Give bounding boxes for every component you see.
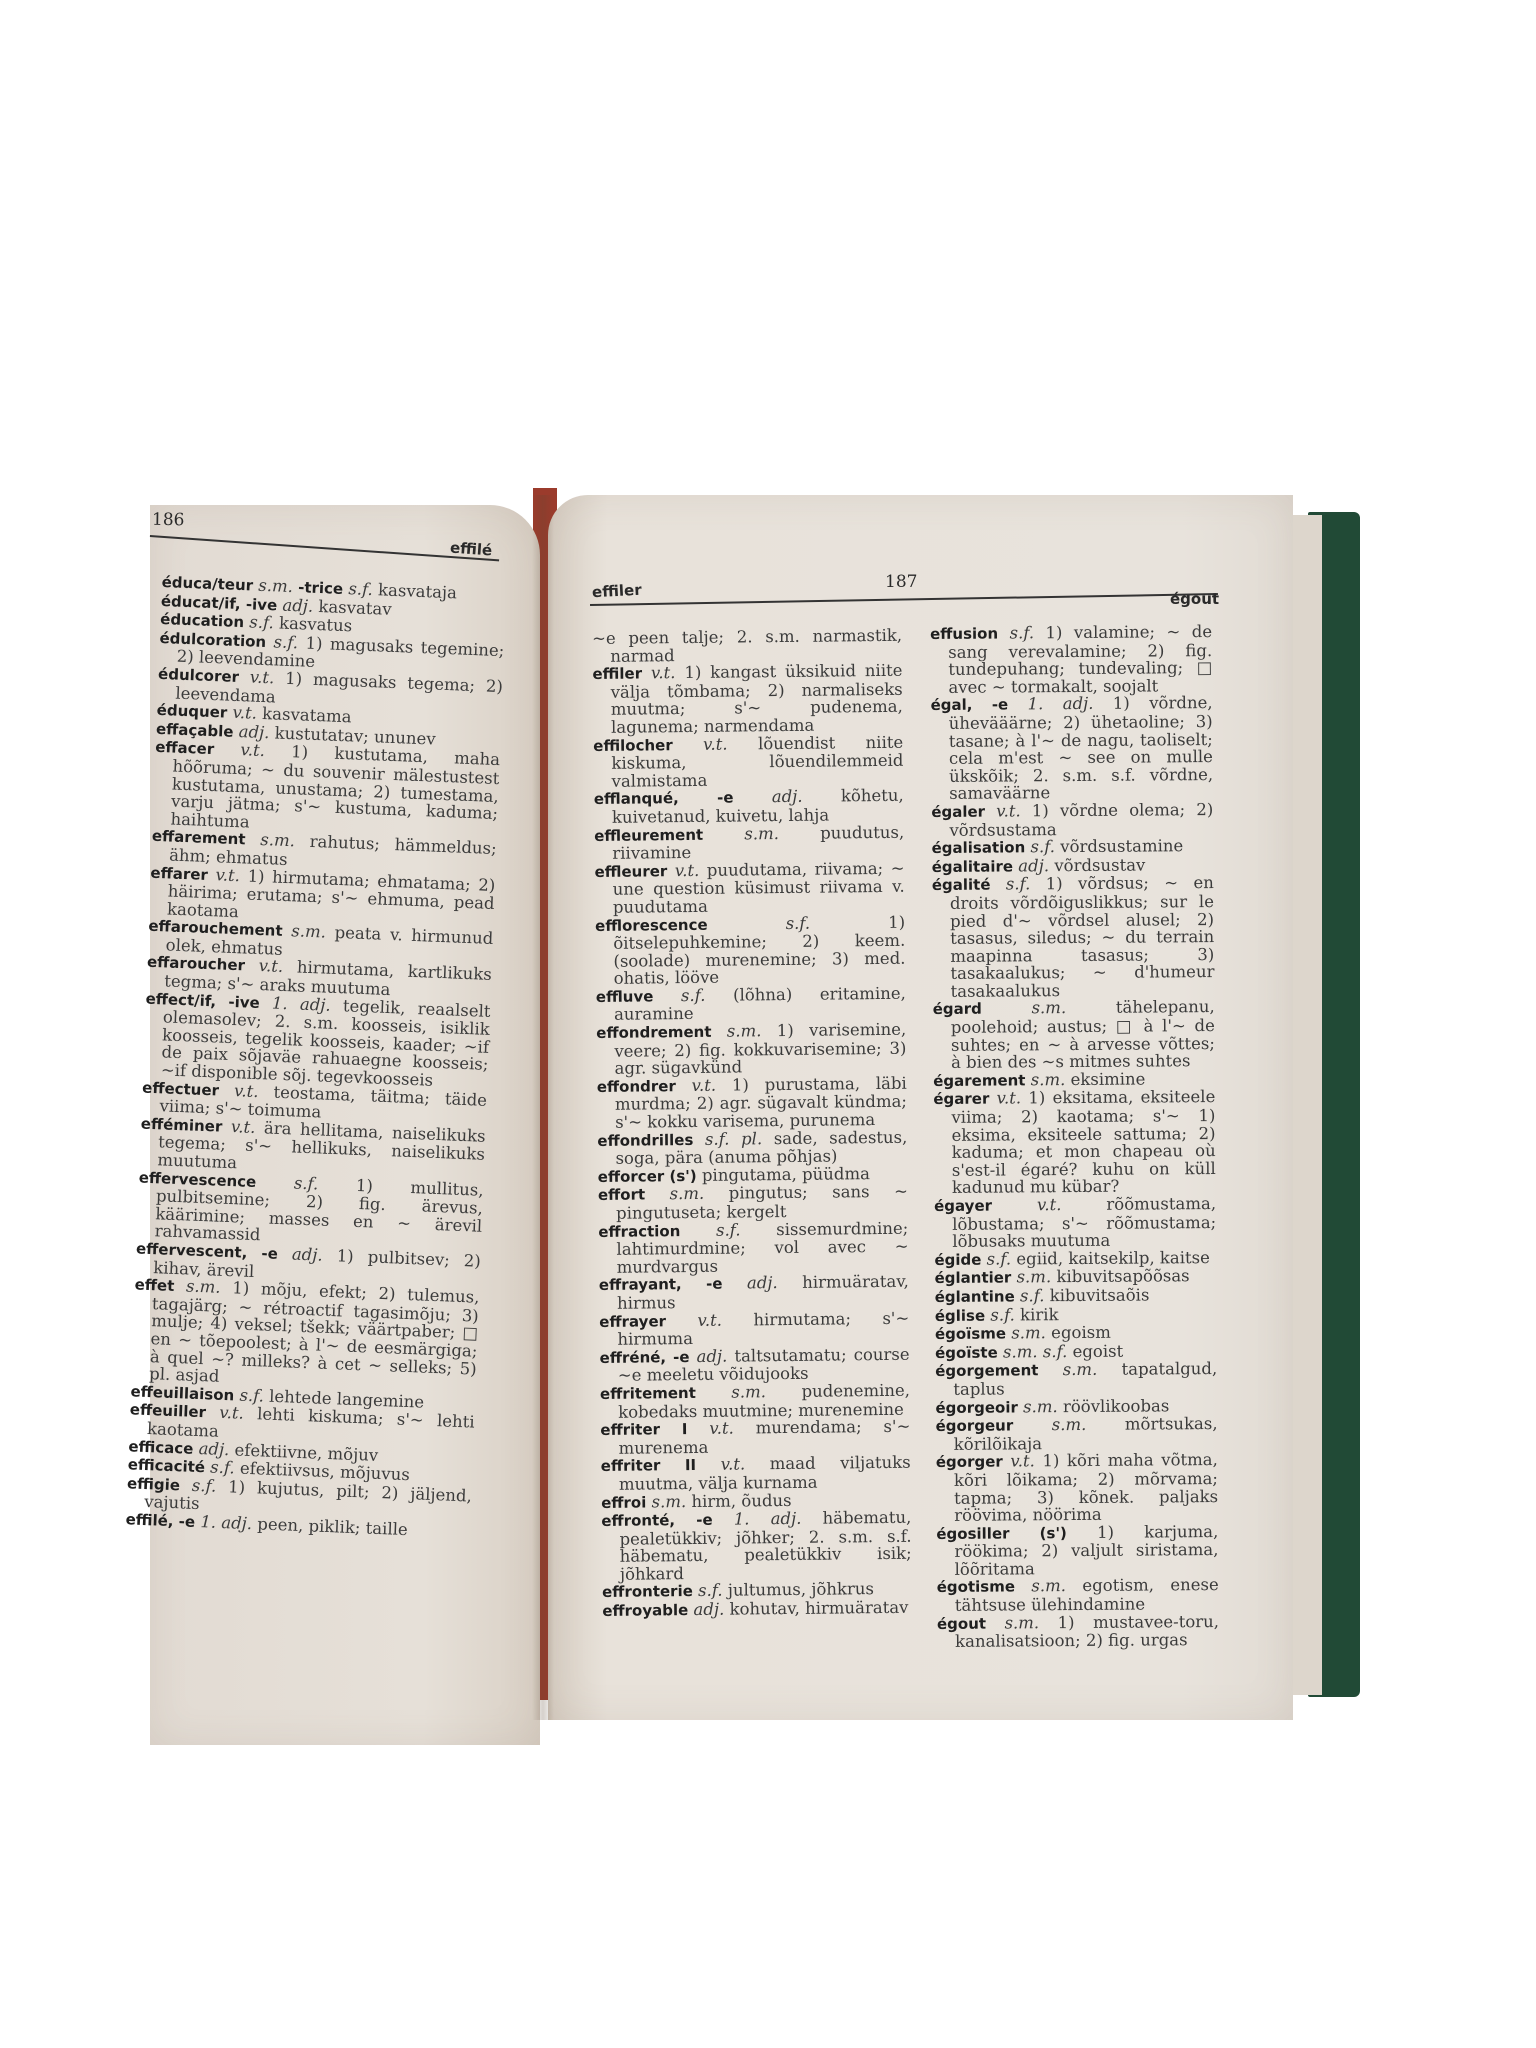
grammar-label: s.m.	[1031, 1577, 1066, 1596]
grammar-label: s.m.	[1031, 999, 1066, 1018]
headword: effilé, -e	[125, 1510, 195, 1531]
grammar-label: v.t.	[240, 740, 265, 760]
dictionary-entry: effondrement s.m. 1) varisemine, veere; …	[596, 1021, 907, 1078]
grammar-label: s.f.	[273, 632, 298, 652]
headword: efforcer (s')	[598, 1167, 697, 1186]
definition: rõõmustama, lõbustama; s'~ rõõmustama; l…	[952, 1194, 1216, 1251]
grammar-label: s.f.	[698, 1581, 723, 1600]
grammar-label: s.m.	[1023, 1397, 1058, 1416]
dictionary-entry: effervescence s.f. 1) mullitus, pulbitse…	[136, 1168, 483, 1253]
headword: effriter II	[601, 1456, 697, 1475]
headword: effarer	[150, 863, 208, 883]
dictionary-entry: effriter II v.t. maad viljatuks muutma, …	[601, 1454, 911, 1493]
headword: égarement	[933, 1071, 1025, 1090]
definition: hirm, õudus	[691, 1490, 791, 1510]
definition: ~e peen talje; 2. s.m. narmastik, narmad	[592, 626, 902, 666]
grammar-label: v.t.	[219, 1403, 244, 1423]
grammar-label: v.t.	[703, 734, 728, 753]
headword: égorger	[936, 1453, 1003, 1471]
headword: égalitaire	[932, 857, 1013, 876]
headword: égoïsme	[935, 1325, 1006, 1343]
dictionary-entry: effrayer v.t. hirmutama; s'~ hirmuma	[599, 1309, 909, 1348]
grammar-label: s.m.	[1063, 1360, 1098, 1379]
grammar-label: 1. adj.	[200, 1512, 252, 1533]
definition: kibuvitsaõis	[1050, 1285, 1150, 1305]
headword: égalisation	[931, 838, 1025, 857]
headword: effarement	[152, 827, 246, 849]
dictionary-entry: ~e peen talje; 2. s.m. narmastik, narmad	[592, 627, 902, 665]
grammar-label: s.m.	[727, 1021, 762, 1040]
headword: égotisme	[937, 1578, 1015, 1597]
dictionary-entry: égayer v.t. rõõmustama, lõbustama; s'~ r…	[934, 1195, 1216, 1251]
dictionary-entry: effondrer v.t. 1) purustama, läbi murdma…	[597, 1075, 908, 1132]
headword: égal, -e	[930, 696, 1008, 715]
definition: egoism	[1051, 1323, 1111, 1342]
headword: effluve	[596, 987, 654, 1006]
definition: 1) võrdne olema; 2) võrdsustama	[949, 800, 1213, 839]
grammar-label: s.f.	[249, 613, 274, 633]
headword: égosiller (s')	[936, 1524, 1067, 1543]
grammar-label: s.f.	[681, 986, 706, 1005]
headword: effleurer	[594, 862, 667, 881]
headword: égalité	[932, 876, 991, 894]
headword: égout	[937, 1614, 986, 1632]
headword: effacer	[155, 738, 215, 758]
headword: effriter I	[600, 1420, 687, 1439]
dictionary-entry: effronté, -e 1. adj. häbematu, pealetükk…	[601, 1509, 912, 1584]
dictionary-entry: effriter I v.t. murendama; s'~ murenema	[600, 1418, 910, 1457]
grammar-label: v.t.	[232, 703, 257, 723]
definition: jultumus, jõhkrus	[728, 1580, 874, 1601]
dictionary-entry: effet s.m. 1) mõju, efekt; 2) tulemus, t…	[131, 1276, 480, 1396]
left-running-head: effilé	[449, 539, 492, 560]
grammar-label: v.t.	[997, 1089, 1022, 1108]
dictionary-entry: effusion s.f. 1) valamine; ~ de sang ver…	[930, 623, 1212, 696]
headword: effiler	[592, 665, 642, 684]
grammar-label: 1. adj.	[734, 1509, 802, 1529]
right-page-number: 187	[885, 572, 917, 592]
gutter-shadow	[532, 495, 554, 1720]
grammar-label: s.f.	[1010, 623, 1035, 642]
dictionary-entry: effroyable adj. kohutav, hirmuäratav	[602, 1599, 912, 1621]
dictionary-entry: égard s.m. tähelepanu, poolehoid; austus…	[933, 998, 1215, 1071]
grammar-label: s.f.	[1020, 1286, 1045, 1305]
grammar-label: s.m.	[1004, 1613, 1039, 1632]
headword: église	[935, 1306, 985, 1324]
open-book: 186 effilé effiler 187 égout éduca/teur …	[0, 0, 1536, 2048]
grammar-label: adj.	[198, 1439, 229, 1459]
grammar-label: s.m.	[291, 922, 326, 942]
dictionary-entry: égaler v.t. 1) võrdne olema; 2) võrdsust…	[931, 801, 1213, 839]
dictionary-entry: efflanqué, -e adj. kõhetu, kuivetanud, k…	[594, 787, 904, 826]
grammar-label: s.m.	[258, 576, 293, 596]
headword: édulcorer	[158, 665, 240, 686]
grammar-label: s.f.	[192, 1476, 217, 1496]
grammar-label: v.t.	[258, 956, 283, 976]
grammar-label: v.t.	[721, 1455, 746, 1474]
headword: effectuer	[142, 1078, 219, 1099]
right-running-head-right: égout	[1170, 590, 1219, 608]
dictionary-entry: églantine s.f. kibuvitsaõis	[935, 1286, 1217, 1307]
dictionary-entry: égoïsme s.m. egoism	[935, 1323, 1217, 1344]
dictionary-entry: effluve s.f. (lõhna) eritamine, auramine	[596, 985, 906, 1024]
headword: égayer	[934, 1197, 992, 1215]
headword: égoïste	[935, 1343, 998, 1361]
definition: võrdsustamine	[1060, 836, 1183, 856]
dictionary-entry: égorgement s.m. tapatalgud, taplus	[935, 1360, 1217, 1398]
headword: églantier	[934, 1269, 1011, 1288]
grammar-label: adj.	[693, 1600, 724, 1619]
dictionary-entry: égalisation s.f. võrdsustamine	[931, 837, 1213, 858]
headword: effroi	[601, 1493, 646, 1511]
headword: effrayer	[599, 1312, 666, 1331]
definition: 1) kustutama, maha hõõruma; ~ du souveni…	[170, 742, 500, 831]
headword-suffix: -trice	[298, 578, 344, 598]
grammar-label: s.f.	[716, 1220, 741, 1239]
dictionary-entry: égal, -e 1. adj. 1) võrdne, ühevääärne; …	[930, 694, 1213, 803]
headword: effondrilles	[597, 1131, 693, 1150]
headword: effigie	[127, 1474, 181, 1494]
grammar-label: v.t.	[215, 865, 240, 885]
definition: (lõhna) eritamine, auramine	[614, 984, 906, 1025]
headword: éducation	[160, 610, 245, 631]
headword: effusion	[930, 625, 998, 643]
definition: 1) eksitama, eksiteele viima; 2) kaotama…	[951, 1087, 1215, 1197]
headword: effondrer	[597, 1077, 676, 1096]
grammar-label: adj.	[747, 1273, 778, 1292]
headword: égard	[933, 1000, 982, 1018]
dictionary-entry: église s.f. kirik	[935, 1305, 1217, 1326]
grammar-label: s.f.	[1006, 875, 1031, 894]
dictionary-entry: effect/if, -ive 1. adj. tegelik, reaalse…	[143, 989, 491, 1091]
left-page-number: 186	[152, 510, 185, 531]
definition: röövlikoobas	[1063, 1396, 1170, 1416]
headword: efféminer	[141, 1114, 223, 1135]
dictionary-entry: efflorescence s.f. 1) õitselepuhkemine; …	[595, 913, 906, 988]
headword: effleurement	[594, 825, 703, 844]
grammar-label: v.t.	[250, 667, 275, 687]
headword: égaler	[931, 803, 985, 821]
definition: 1) mustavee-toru, kanalisatsioon; 2) fig…	[955, 1612, 1219, 1651]
headword: effréné, -e	[600, 1348, 690, 1367]
grammar-label: adj.	[1018, 856, 1049, 875]
grammar-label: s.m.	[744, 824, 779, 843]
headword: églantine	[935, 1287, 1015, 1306]
dictionary-entry: effacer v.t. 1) kustutama, maha hõõruma;…	[152, 738, 500, 840]
definition: kohutav, hirmuäratav	[729, 1598, 908, 1619]
grammar-label: s.m.	[1052, 1415, 1087, 1434]
dictionary-entry: effrayant, -e adj. hirmuäratav, hirmus	[599, 1273, 909, 1312]
headword: égorgeur	[936, 1417, 1014, 1436]
dictionary-entry: égout s.m. 1) mustavee-toru, kanalisatsi…	[937, 1613, 1219, 1651]
dictionary-entry: égarer v.t. 1) eksitama, eksiteele viima…	[933, 1088, 1216, 1197]
right-page-column-2: effusion s.f. 1) valamine; ~ de sang ver…	[930, 623, 1219, 1651]
headword: efficacité	[127, 1455, 205, 1476]
right-page-column-1: ~e peen talje; 2. s.m. narmastik, narmad…	[592, 627, 912, 1621]
definition: pingutus; sans ~ pingutuseta; kergelt	[616, 1182, 908, 1223]
grammar-label: s.f.	[786, 913, 811, 932]
dictionary-entry: effondrilles s.f. pl. sade, sadestus, so…	[597, 1128, 907, 1167]
headword: effeuiller	[130, 1401, 207, 1422]
dictionary-entry: égotisme s.m. egotism, enese tähtsuse ül…	[937, 1576, 1219, 1614]
grammar-label: v.t.	[1037, 1195, 1062, 1214]
grammar-label: s.f.	[1030, 837, 1055, 856]
grammar-label: adj.	[696, 1346, 727, 1365]
grammar-label: v.t.	[709, 1419, 734, 1438]
left-page-column: éduca/teur s.m. -trice s.f. kasvataja éd…	[125, 573, 506, 1542]
dictionary-entry: effleurer v.t. puudutama, riivama; ~ une…	[594, 859, 905, 916]
grammar-label: v.t.	[651, 663, 676, 682]
headword: effrayant, -e	[599, 1275, 723, 1294]
definition: pingutama, püüdma	[702, 1164, 870, 1185]
grammar-label: v.t.	[996, 801, 1021, 820]
grammar-label: s.m. s.f.	[1003, 1342, 1067, 1361]
grammar-label: adj.	[282, 595, 313, 615]
headword: égorgement	[935, 1362, 1038, 1381]
dictionary-entry: effleurement s.m. puudutus, riivamine	[594, 823, 904, 862]
grammar-label: s.m.	[186, 1277, 221, 1297]
definition: tähelepanu, poolehoid; austus; □ à l'~ d…	[951, 997, 1215, 1072]
grammar-label: s.m.	[1011, 1323, 1046, 1342]
grammar-label: s.m.	[670, 1184, 705, 1203]
grammar-label: s.m.	[731, 1382, 766, 1401]
headword: éduquer	[156, 701, 227, 722]
definition: kirik	[1020, 1305, 1059, 1324]
headword: effraction	[598, 1222, 680, 1241]
grammar-label: s.m.	[651, 1492, 686, 1511]
dictionary-entry: effiler v.t. 1) kangast üksikuid niite v…	[592, 662, 903, 737]
dictionary-entry: égosiller (s') 1) karjuma, röökima; 2) v…	[936, 1523, 1218, 1579]
definition: kibuvitsapõõsas	[1056, 1267, 1189, 1287]
grammar-label: adj.	[292, 1244, 323, 1264]
grammar-label: s.m.	[260, 830, 295, 850]
definition: egoist	[1072, 1341, 1123, 1360]
headword: efficace	[128, 1437, 194, 1457]
definition: egiid, kaitsekilp, kaitse	[1016, 1248, 1210, 1268]
grammar-label: v.t.	[675, 861, 700, 880]
headword: égide	[934, 1250, 981, 1268]
grammar-label: v.t.	[234, 1081, 259, 1101]
dictionary-entry: effréné, -e adj. taltsutamatu; course ~e…	[600, 1345, 910, 1384]
dictionary-entry: églantier s.m. kibuvitsapõõsas	[934, 1267, 1216, 1288]
headword: effet	[134, 1276, 174, 1296]
right-running-head-left: effiler	[592, 581, 642, 602]
headword: effronterie	[602, 1582, 693, 1601]
grammar-label: v.t.	[692, 1076, 717, 1095]
headword: effondrement	[596, 1023, 711, 1042]
headword: effroyable	[602, 1601, 688, 1620]
definition: võrdsustav	[1054, 855, 1145, 875]
dictionary-entry: effilocher v.t. lõuendist niite kiskuma,…	[593, 733, 904, 790]
grammar-label: s.m.	[1016, 1268, 1051, 1287]
headword: efflorescence	[595, 915, 708, 934]
headword: efflanqué, -e	[594, 789, 734, 808]
headword: égorgeoir	[935, 1398, 1017, 1417]
headword: effilocher	[593, 736, 673, 755]
grammar-label: s.f. pl.	[705, 1129, 762, 1149]
dictionary-entry: effritement s.m. pudenemine, kobedaks mu…	[600, 1382, 910, 1421]
grammar-label: 1. adj.	[1028, 694, 1094, 713]
headword: effritement	[600, 1384, 696, 1403]
grammar-label: v.t.	[1010, 1452, 1035, 1471]
headword: effort	[598, 1186, 645, 1204]
grammar-label: s.f.	[239, 1385, 264, 1405]
dictionary-entry: égorgeur s.m. mõrtsukas, kõrilõikaja	[936, 1415, 1218, 1453]
grammar-label: v.t.	[697, 1310, 722, 1329]
grammar-label: s.f.	[348, 579, 373, 599]
headword: effronté, -e	[601, 1511, 712, 1530]
dictionary-entry: effort s.m. pingutus; sans ~ pingutuseta…	[598, 1183, 908, 1222]
headword: égarer	[933, 1090, 989, 1108]
definition: eksimine	[1070, 1069, 1145, 1089]
grammar-label: s.f.	[210, 1458, 235, 1478]
dictionary-entry: égorger v.t. 1) kõri maha võtma, kõri lõ…	[936, 1451, 1218, 1524]
grammar-label: s.m.	[1031, 1070, 1066, 1089]
grammar-label: adj.	[238, 722, 269, 742]
dictionary-entry: égalité s.f. 1) võrdsus; ~ en droits võr…	[932, 874, 1215, 1000]
grammar-label: s.f.	[294, 1173, 319, 1193]
grammar-label: v.t.	[231, 1117, 256, 1137]
dictionary-entry: effraction s.f. sissemurdmine; lahtimurd…	[598, 1219, 909, 1276]
grammar-label: s.f.	[990, 1305, 1015, 1324]
grammar-label: adj.	[772, 787, 803, 806]
grammar-label: s.f.	[987, 1249, 1012, 1268]
